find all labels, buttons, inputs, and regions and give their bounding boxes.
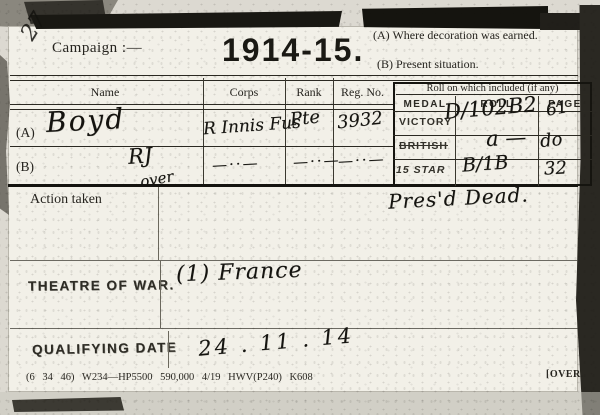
column-header-corps: Corps (205, 85, 283, 100)
reg-no-ditto-mark: —··— (338, 150, 386, 170)
roll-included-header: Roll on which included (if any) (396, 83, 589, 95)
column-header-reg-no: Reg. No. (334, 85, 391, 100)
corps-ditto-mark: —··— (212, 154, 260, 174)
british-page-value: do (539, 129, 563, 152)
column-header-name: Name (40, 85, 170, 100)
victory-page-value: 61 (544, 97, 569, 120)
medal-label-15-star: 15 STAR (396, 164, 445, 176)
scan-top-bar-right (362, 6, 548, 29)
over-label: [OVER. (546, 369, 584, 380)
name-value: Boyd (45, 102, 126, 139)
section-divider-vertical (160, 260, 161, 328)
column-header-rank: Rank (287, 85, 331, 100)
campaign-label: Campaign :— (52, 40, 142, 57)
row-b-label: (B) (16, 159, 34, 175)
scan-top-bar-blob (540, 13, 580, 30)
note-b-present-situation: (B) Present situation. (377, 57, 479, 72)
medal-column-divider (538, 96, 539, 186)
section-divider-vertical (158, 187, 159, 260)
action-taken-label: Action taken (30, 192, 102, 208)
star-roll-value: B/1B (461, 151, 509, 176)
rank-value: Pte (289, 106, 321, 130)
table-top-rule (10, 75, 578, 81)
rank-ditto-mark: —··— (293, 151, 341, 171)
scan-right-edge (575, 5, 600, 415)
medal-index-card-scan: 27 Campaign :— 1914-15. (A) Where decora… (0, 0, 600, 415)
row-b-initials: RJ (127, 143, 153, 169)
british-roll-value: a — (485, 125, 526, 151)
row-a-label: (A) (16, 125, 35, 141)
row-divider (10, 146, 393, 147)
note-a-where-decoration: (A) Where decoration was earned. (373, 28, 538, 43)
printer-imprint: (6 34 46) W234—HP5500 590,000 4/19 HWV(P… (26, 372, 313, 383)
qualifying-date-label: QUALIFYING DATE (32, 340, 177, 358)
card-title-1914-15: 1914-15. (222, 32, 364, 69)
star-page-value: 32 (543, 157, 567, 179)
theatre-of-war-label: THEATRE OF WAR. (28, 277, 175, 293)
medal-label-british: BRITISH (399, 140, 448, 152)
theatre-of-war-value: (1) France (176, 258, 303, 287)
section-divider-vertical (168, 331, 169, 368)
